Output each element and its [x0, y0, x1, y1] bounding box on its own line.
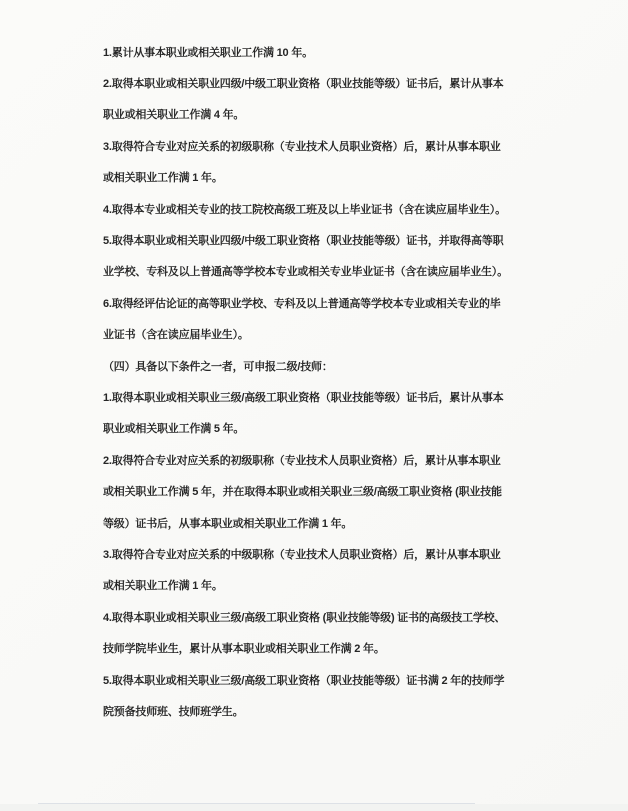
document-line: 4.取得本职业或相关职业三级/高级工职业资格 (职业技能等级) 证书的高级技工学… — [103, 601, 523, 632]
document-paragraph: 3.取得符合专业对应关系的初级职称（专业技术人员职业资格）后，累计从事本职业或相… — [103, 130, 523, 193]
document-line: （四）具备以下条件之一者，可申报二级/技师： — [103, 350, 523, 381]
document-line: 6.取得经评估论证的高等职业学校、专科及以上普通高等学校本专业或相关专业的毕 — [103, 287, 523, 318]
document-line: 2.取得本职业或相关职业四级/中级工职业资格（职业技能等级）证书后，累计从事本 — [103, 67, 523, 98]
document-paragraph: 5.取得本职业或相关职业三级/高级工职业资格（职业技能等级）证书满 2 年的技师… — [103, 664, 523, 727]
document-line: 3.取得符合专业对应关系的初级职称（专业技术人员职业资格）后，累计从事本职业 — [103, 130, 523, 161]
document-paragraph: 2.取得本职业或相关职业四级/中级工职业资格（职业技能等级）证书后，累计从事本职… — [103, 67, 523, 130]
document-paragraph: 1.累计从事本职业或相关职业工作满 10 年。 — [103, 36, 523, 67]
document-line: 等级）证书后，从事本职业或相关职业工作满 1 年。 — [103, 507, 523, 538]
page-bottom-edge-strip — [0, 804, 628, 811]
document-line: 5.取得本职业或相关职业三级/高级工职业资格（职业技能等级）证书满 2 年的技师… — [103, 664, 523, 695]
document-paragraph: 6.取得经评估论证的高等职业学校、专科及以上普通高等学校本专业或相关专业的毕业证… — [103, 287, 523, 350]
document-paragraph: 4.取得本专业或相关专业的技工院校高级工班及以上毕业证书（含在读应届毕业生）。 — [103, 193, 523, 224]
document-line: 1.取得本职业或相关职业三级/高级工职业资格（职业技能等级）证书后，累计从事本 — [103, 381, 523, 412]
document-paragraph: 5.取得本职业或相关职业四级/中级工职业资格（职业技能等级）证书，并取得高等职业… — [103, 224, 523, 287]
document-line: 业学校、专科及以上普通高等学校本专业或相关专业毕业证书（含在读应届毕业生）。 — [103, 256, 523, 287]
document-line: 1.累计从事本职业或相关职业工作满 10 年。 — [103, 36, 523, 67]
document-paragraph: 4.取得本职业或相关职业三级/高级工职业资格 (职业技能等级) 证书的高级技工学… — [103, 601, 523, 664]
document-paragraph: 1.取得本职业或相关职业三级/高级工职业资格（职业技能等级）证书后，累计从事本职… — [103, 381, 523, 444]
scanned-document-page: 1.累计从事本职业或相关职业工作满 10 年。2.取得本职业或相关职业四级/中级… — [0, 0, 628, 811]
document-text: 1.累计从事本职业或相关职业工作满 10 年。2.取得本职业或相关职业四级/中级… — [103, 36, 523, 727]
document-paragraph: 2.取得符合专业对应关系的初级职称（专业技术人员职业资格）后，累计从事本职业或相… — [103, 444, 523, 538]
document-line: 业证书（含在读应届毕业生）。 — [103, 319, 523, 350]
document-paragraph: （四）具备以下条件之一者，可申报二级/技师： — [103, 350, 523, 381]
document-line: 或相关职业工作满 5 年，并在取得本职业或相关职业三级/高级工职业资格 (职业技… — [103, 475, 523, 506]
document-line: 3.取得符合专业对应关系的中级职称（专业技术人员职业资格）后，累计从事本职业 — [103, 538, 523, 569]
document-line: 4.取得本专业或相关专业的技工院校高级工班及以上毕业证书（含在读应届毕业生）。 — [103, 193, 523, 224]
document-line: 技师学院毕业生，累计从事本职业或相关职业工作满 2 年。 — [103, 632, 523, 663]
document-line: 院预备技师班、技师班学生。 — [103, 695, 523, 726]
document-paragraph: 3.取得符合专业对应关系的中级职称（专业技术人员职业资格）后，累计从事本职业或相… — [103, 538, 523, 601]
document-line: 或相关职业工作满 1 年。 — [103, 162, 523, 193]
document-line: 职业或相关职业工作满 4 年。 — [103, 99, 523, 130]
document-line: 2.取得符合专业对应关系的初级职称（专业技术人员职业资格）后，累计从事本职业 — [103, 444, 523, 475]
document-line: 职业或相关职业工作满 5 年。 — [103, 413, 523, 444]
document-line: 5.取得本职业或相关职业四级/中级工职业资格（职业技能等级）证书，并取得高等职 — [103, 224, 523, 255]
document-line: 或相关职业工作满 1 年。 — [103, 570, 523, 601]
